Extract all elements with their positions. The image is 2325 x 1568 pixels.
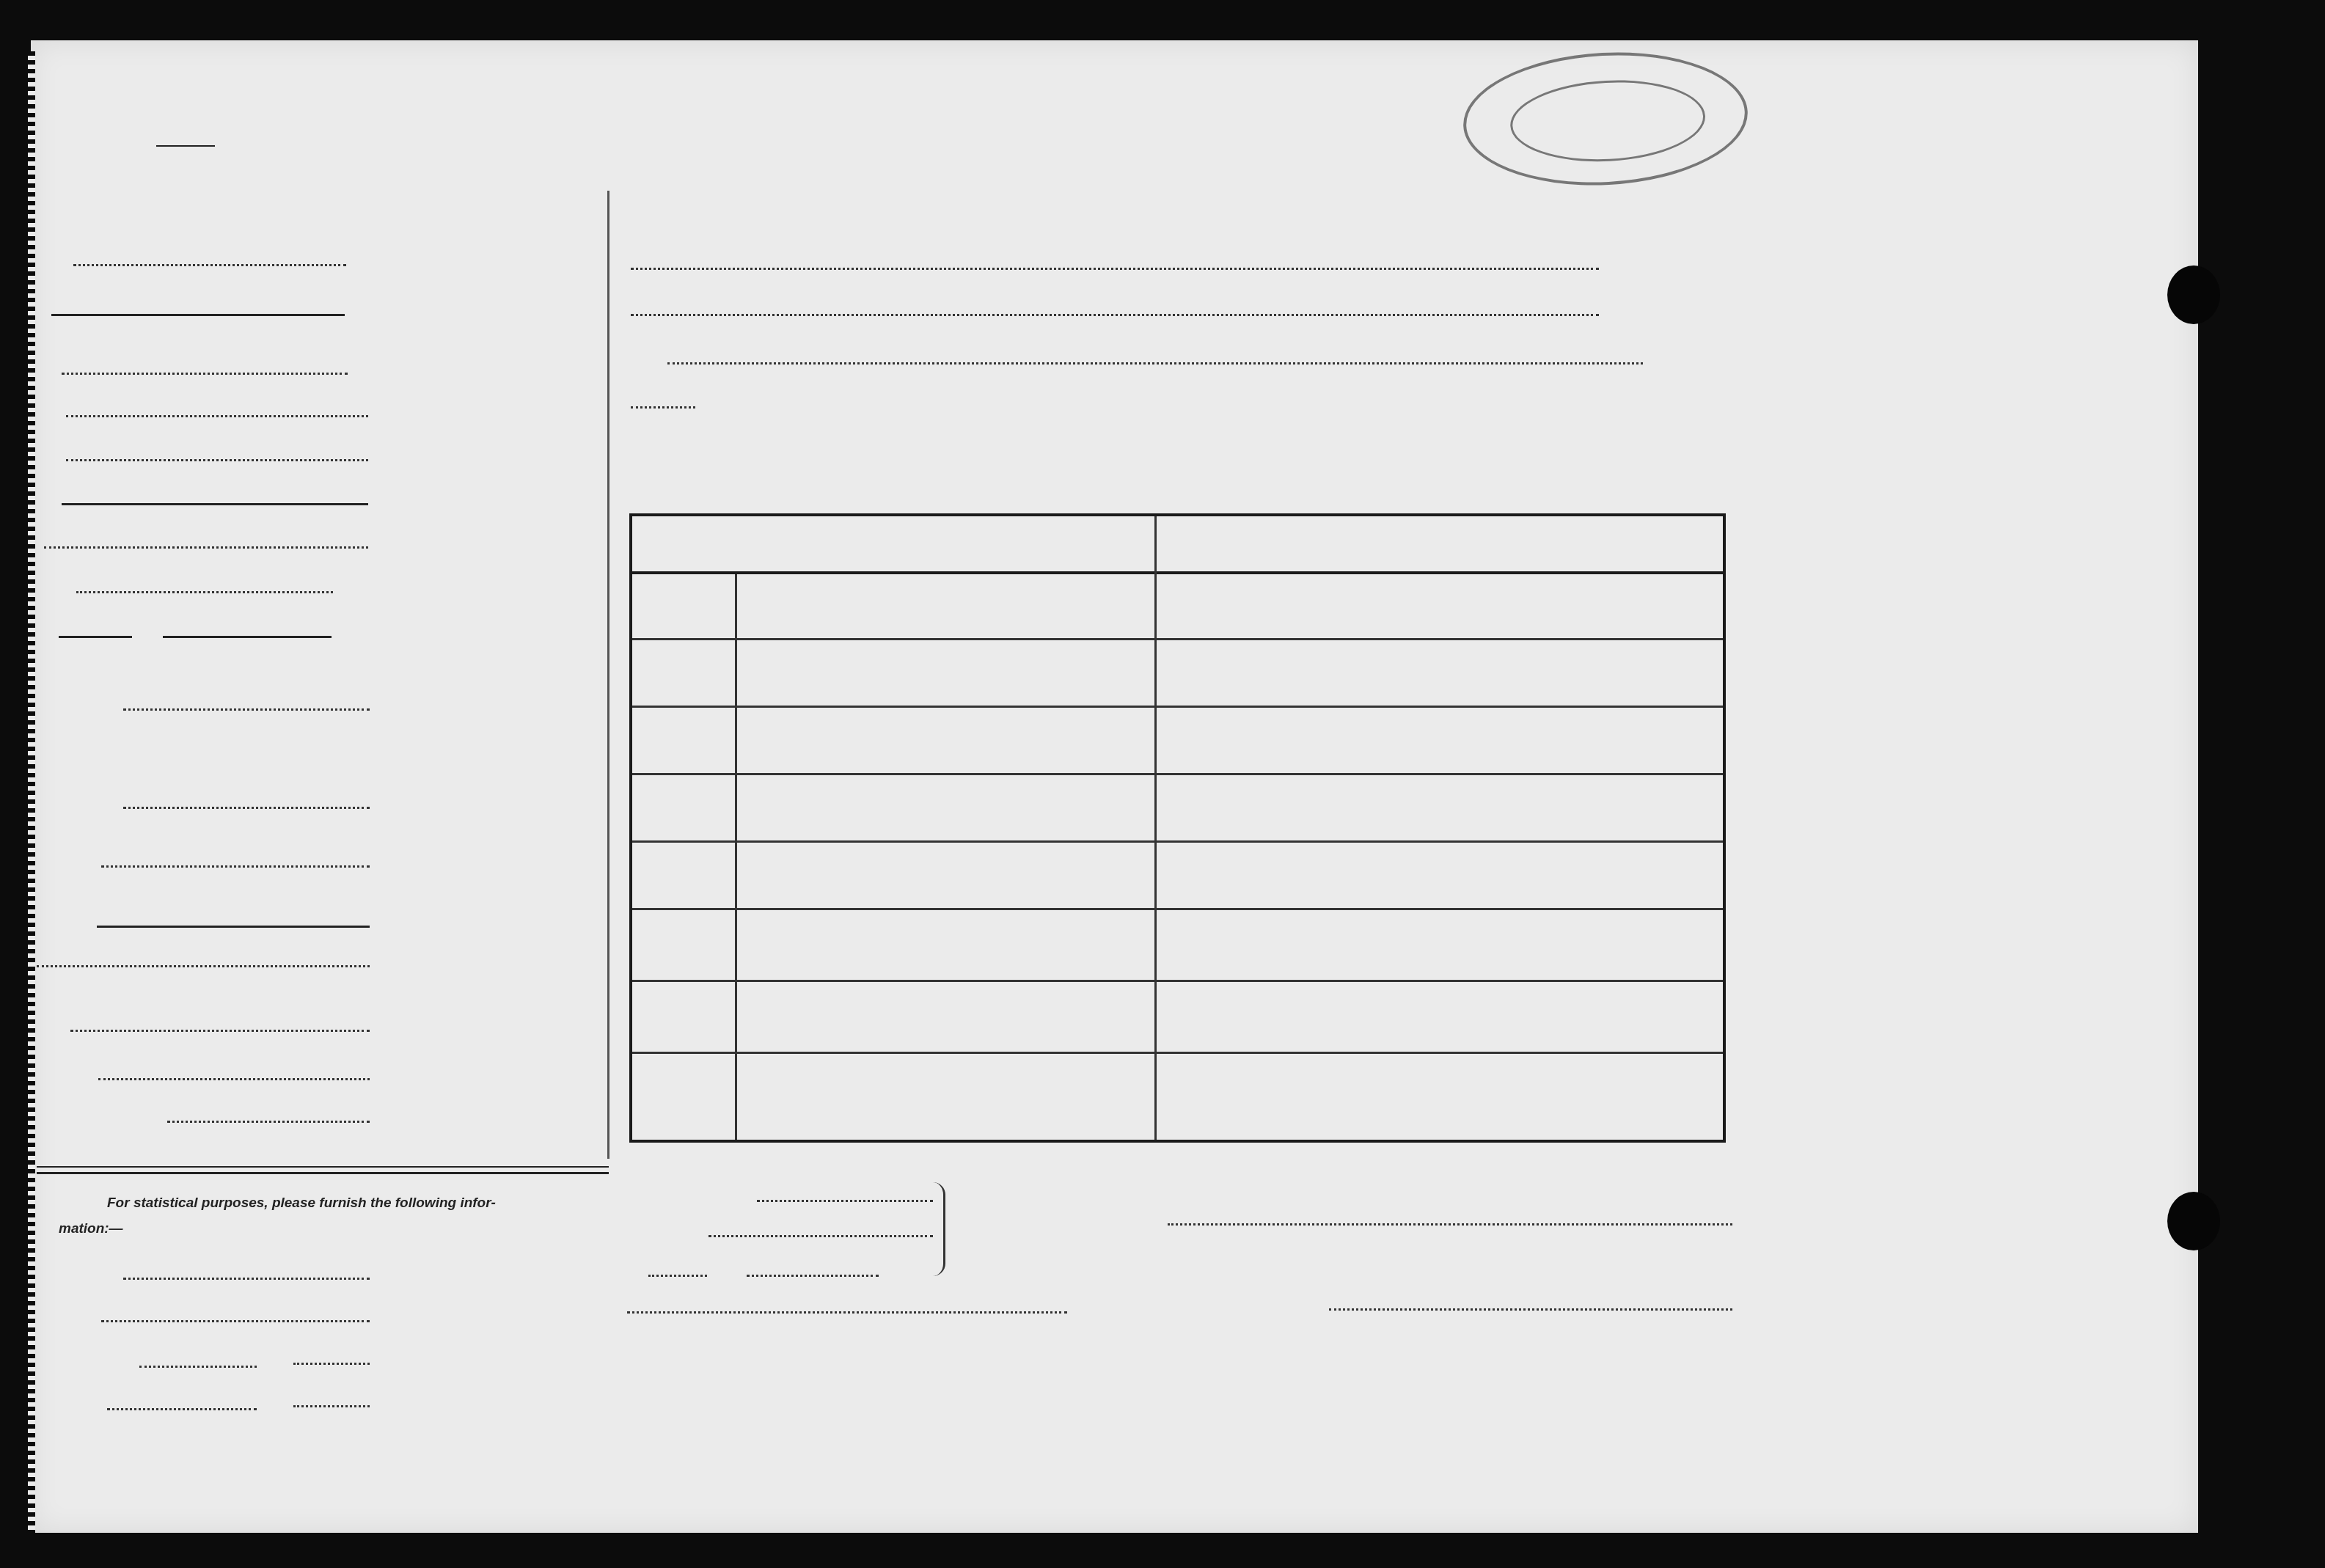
statistical-intro-line2: mation:— [59, 1221, 123, 1237]
particulars-table [629, 513, 1726, 1143]
punch-hole-bottom [2167, 1192, 2220, 1250]
perforated-edge [28, 51, 35, 1533]
statistical-intro-line1: For statistical purposes, please furnish… [107, 1195, 496, 1212]
stamp-inner-ring [1508, 76, 1707, 166]
punch-hole-top [2167, 265, 2220, 324]
column-divider [607, 191, 609, 1159]
sworn-bracket [933, 1182, 945, 1276]
title-divider [156, 145, 215, 147]
